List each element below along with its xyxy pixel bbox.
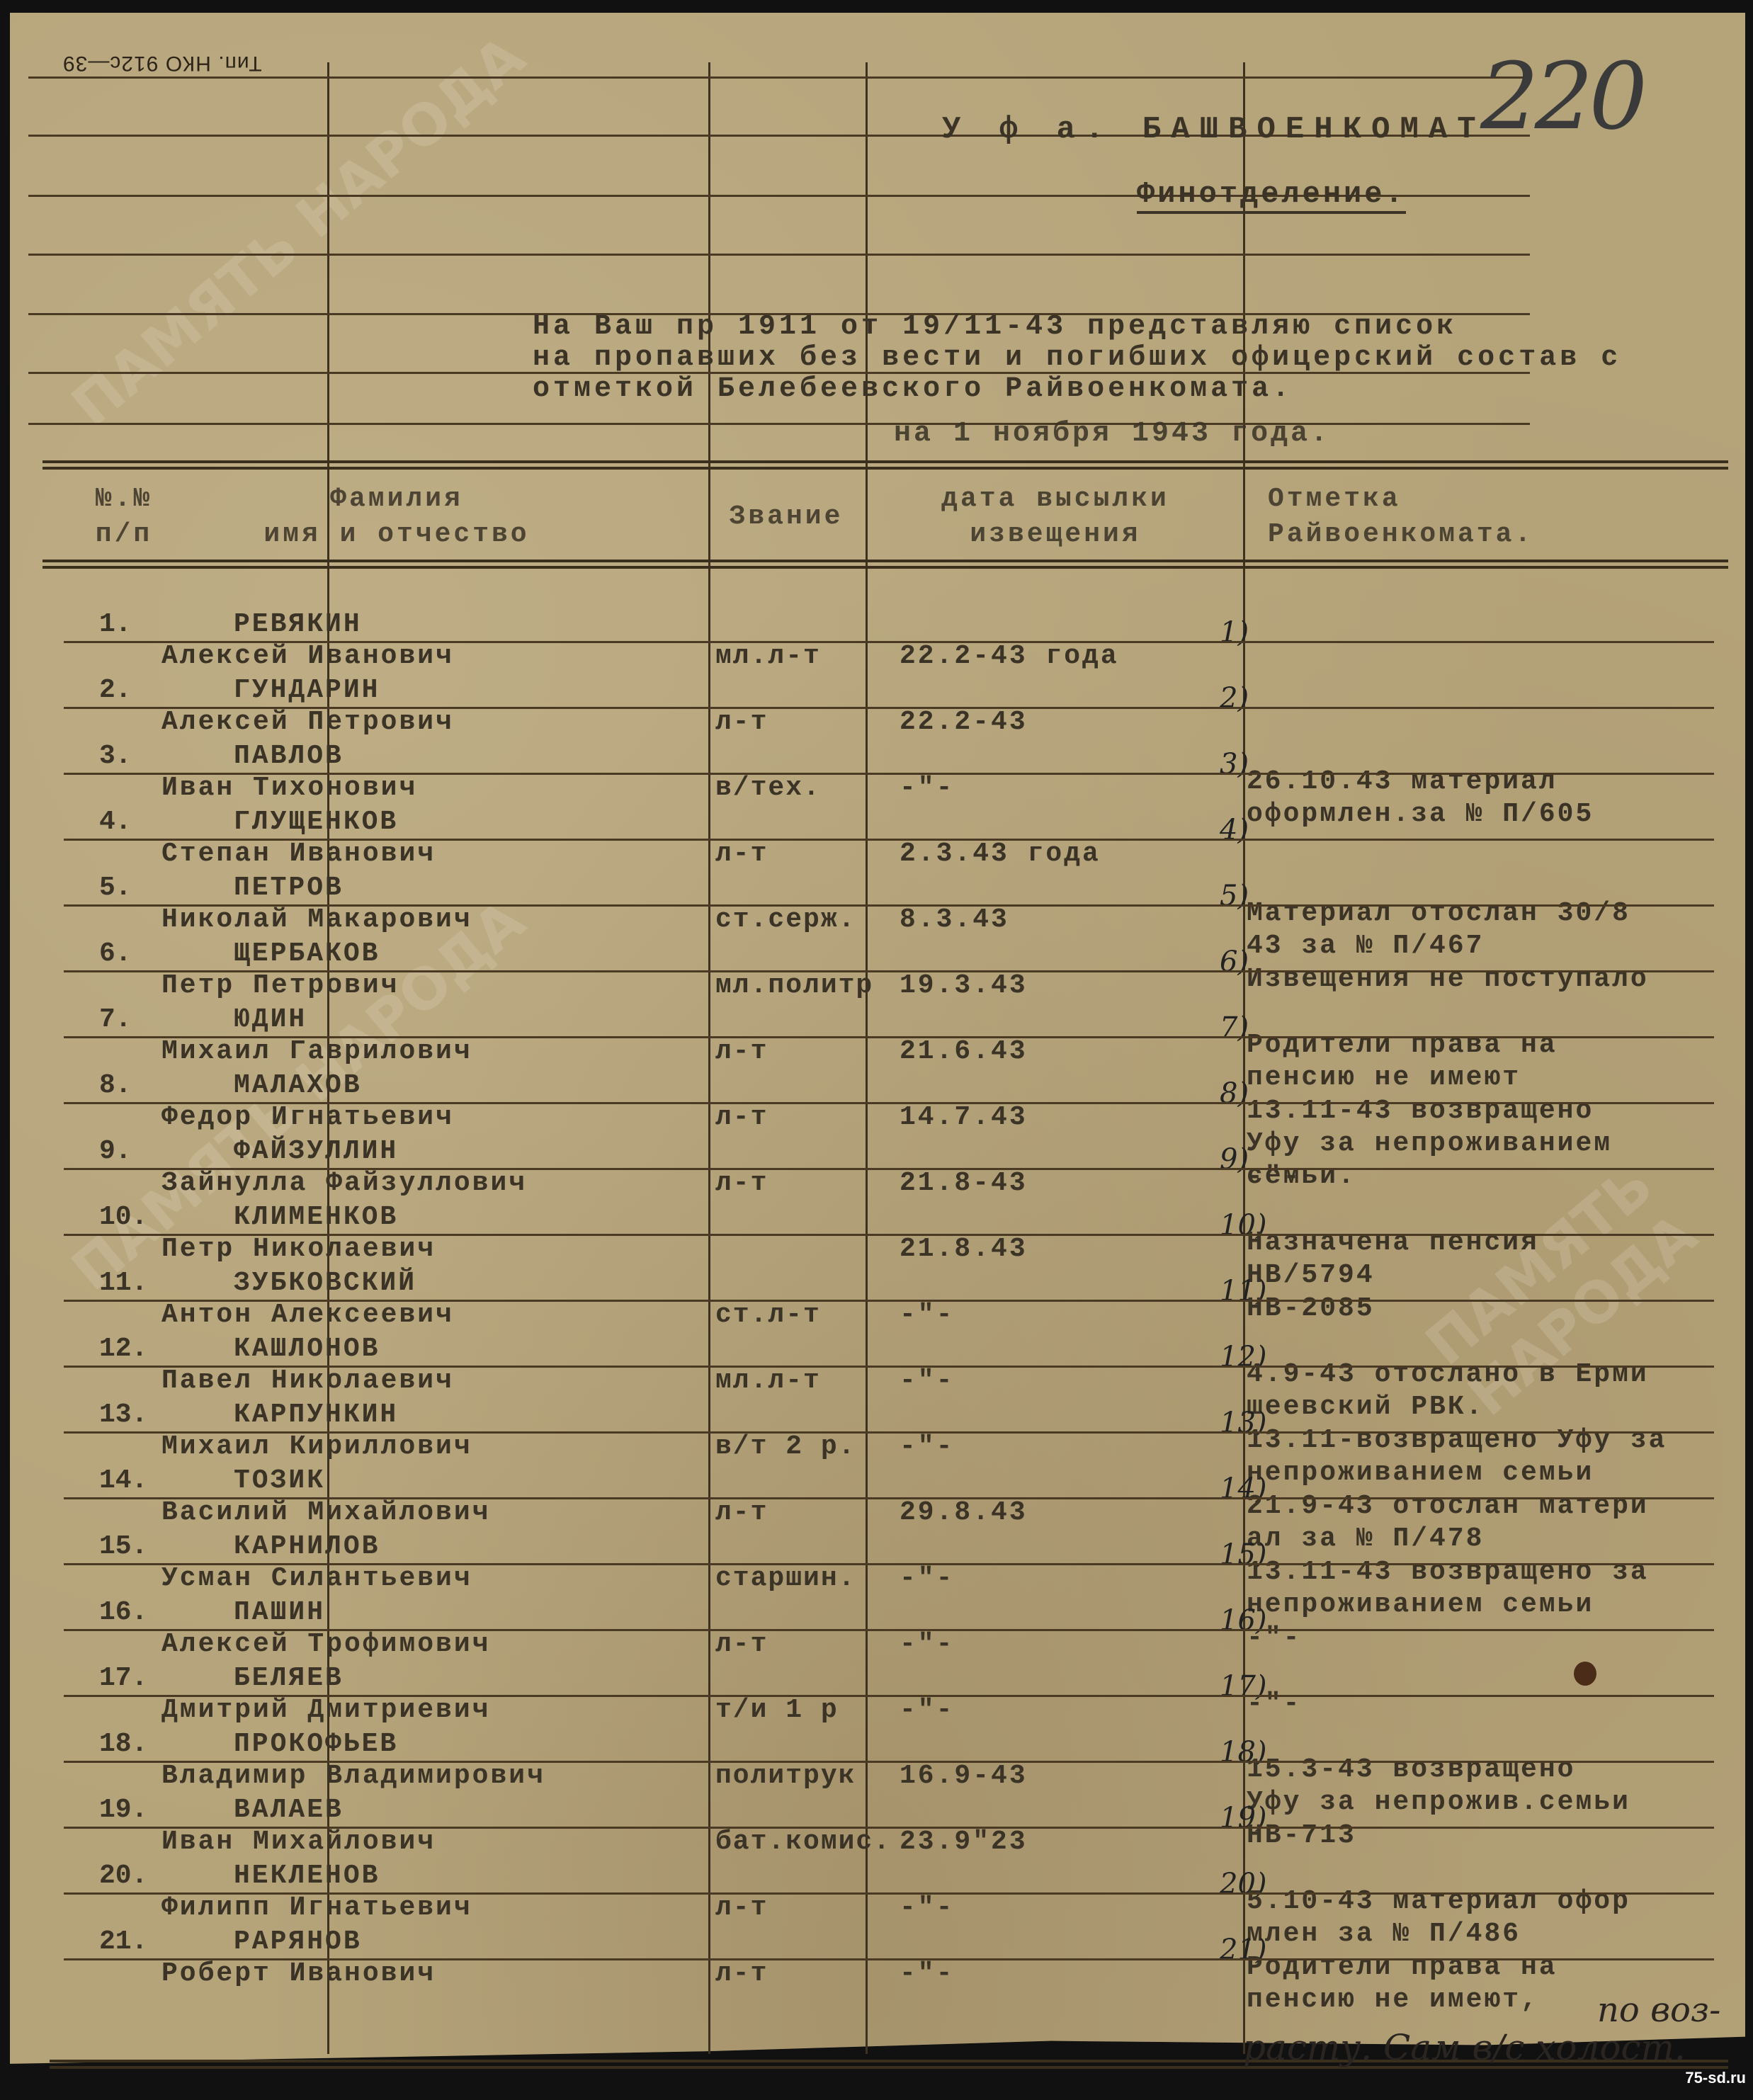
row-number: 7. [99,1004,132,1035]
row-check-mark: 5) [1220,880,1249,912]
row-given-name: Иван Михайлович [161,1827,436,1857]
row-given-name: Алексей Иванович [161,641,454,671]
row-rank: л-т [715,1892,768,1923]
row-number: 15. [99,1531,147,1562]
row-given-name: Петр Николаевич [161,1234,436,1264]
row-given-name: Дмитрий Дмитриевич [161,1695,490,1725]
row-note: Назначена пенсия НВ/5794 [1247,1227,1539,1292]
row-number: 6. [99,938,132,969]
row-rule [64,1102,1714,1104]
row-given-name: Михаил Гаврилович [161,1036,472,1067]
row-given-name: Алексей Петрович [161,707,454,737]
row-number: 4. [99,807,132,837]
row-number: 12. [99,1334,147,1364]
row-rule [64,970,1714,972]
row-number: 20. [99,1861,147,1891]
row-surname: КЛИМЕНКОВ [234,1202,398,1232]
row-rank: л-т [715,1497,768,1528]
row-number: 16. [99,1597,147,1628]
row-number: 8. [99,1070,132,1101]
row-rule [64,1497,1714,1499]
row-date: 23.9"23 [900,1827,1028,1857]
row-surname: ПАВЛОВ [234,741,344,771]
row-date: -"- [900,1300,954,1330]
row-given-name: Антон Алексеевич [161,1300,454,1330]
ink-spot [1574,1662,1596,1686]
row-given-name: Петр Петрович [161,970,399,1001]
row-rank: политрук [715,1761,856,1791]
row-surname: РЕВЯКИН [234,609,362,640]
row-date: -"- [900,773,954,803]
row-surname: МАЛАХОВ [234,1070,362,1101]
row-given-name: Зайнулла Файзуллович [161,1168,527,1198]
row-surname: ВАЛАЕВ [234,1795,344,1825]
row-given-name: Федор Игнатьевич [161,1102,454,1133]
row-date: 14.7.43 [900,1102,1028,1133]
row-rule [64,1761,1714,1763]
handwritten-annotation-line2: расту. Сам в/с холост. [1243,2027,1686,2068]
row-note: -"- [1247,1161,1301,1193]
row-surname: ЩЕРБАКОВ [234,938,380,969]
row-rank: л-т [715,707,768,737]
row-note: 13.11-возвращено Уфу за непроживанием се… [1247,1424,1667,1489]
ruled-line [28,254,1530,256]
row-check-mark: 1) [1220,616,1249,649]
row-date: 21.8.43 [900,1234,1028,1264]
row-given-name: Василий Михайлович [161,1497,490,1528]
row-note: 13.11-43 возвращено за непроживанием сем… [1247,1556,1649,1621]
row-note: 5.10-43 материал офор млен за № П/486 [1247,1885,1630,1951]
row-given-name: Филипп Игнатьевич [161,1892,472,1923]
header-date: дата высылки извещения [878,482,1232,552]
row-rule [64,839,1714,841]
row-rank: ст.серж. [715,904,856,935]
row-rank: л-т [715,1629,768,1659]
row-number: 9. [99,1136,132,1167]
row-rank: л-т [715,1958,768,1989]
row-date: 22.2-43 [900,707,1028,737]
table-header-rule [42,560,1728,569]
row-surname: ПРОКОФЬЕВ [234,1729,398,1759]
row-rank: старшин. [715,1563,856,1594]
handwritten-annotation-line1: по воз- [1597,1990,1720,2030]
row-date: 21.8-43 [900,1168,1028,1198]
row-rule [64,1958,1714,1960]
row-number: 2. [99,675,132,705]
row-number: 1. [99,609,132,640]
row-number: 11. [99,1268,147,1298]
row-given-name: Владимир Владимирович [161,1761,545,1791]
header-name: Фамилия имя и отчество [212,482,581,552]
row-given-name: Степан Иванович [161,839,436,869]
row-rank: мл.л-т [715,1366,821,1396]
row-date: 29.8.43 [900,1497,1028,1528]
row-check-mark: 2) [1220,682,1249,715]
row-surname: БЕЛЯЕВ [234,1663,344,1693]
row-number: 17. [99,1663,147,1693]
row-rule [64,1827,1714,1829]
row-note: Извещения не поступало [1247,963,1649,996]
row-note: 21.9-43 отослан матери ал за № П/478 [1247,1490,1649,1555]
row-check-mark: 4) [1220,814,1249,846]
row-rank: л-т [715,1102,768,1133]
document-title: У ф а. БАШВОЕНКОМАТ [942,112,1486,147]
row-note: Материал отослан 30/8 43 за № П/467 [1247,897,1630,963]
row-date: 21.6.43 [900,1036,1028,1067]
row-date: 2.3.43 года [900,839,1101,869]
row-rank: мл.л-т [715,641,821,671]
print-tag: Тип. НКО 912с—39 [62,51,262,75]
row-date: 16.9-43 [900,1761,1028,1791]
row-surname: КАРПУНКИН [234,1400,398,1430]
header-note: Отметка Райвоенкомата. [1268,482,1636,552]
row-rule [64,773,1714,775]
row-date: -"- [900,1695,954,1725]
row-check-mark: 3) [1220,748,1249,781]
row-surname: ПЕТРОВ [234,873,344,903]
row-surname: ТОЗИК [234,1465,325,1496]
row-note: НВ-713 [1247,1820,1356,1852]
row-number: 5. [99,873,132,903]
row-rule [64,1892,1714,1895]
row-surname: ГЛУЩЕНКОВ [234,807,398,837]
row-date: -"- [900,1629,954,1659]
row-rule [64,1168,1714,1170]
row-given-name: Роберт Иванович [161,1958,436,1989]
row-number: 14. [99,1465,147,1496]
row-rank: ст.л-т [715,1300,821,1330]
row-note: 15.3-43 возвращено Уфу за непрожив.семьи [1247,1754,1630,1819]
row-surname: КАШЛОНОВ [234,1334,380,1364]
row-given-name: Усман Силантьевич [161,1563,472,1594]
row-note: Родители права на пенсию не имеют [1247,1029,1558,1094]
row-given-name: Иван Тихонович [161,773,417,803]
row-rank: л-т [715,1168,768,1198]
row-rule [64,1300,1714,1302]
row-surname: ПАШИН [234,1597,325,1628]
row-rank: л-т [715,839,768,869]
row-number: 10. [99,1202,147,1232]
handwritten-page-number: 220 [1480,42,1643,150]
row-surname: КАРНИЛОВ [234,1531,380,1562]
row-surname: ГУНДАРИН [234,675,380,705]
row-rank: в/т 2 р. [715,1431,856,1462]
row-rank: в/тех. [715,773,821,803]
row-date: 19.3.43 [900,970,1028,1001]
row-surname: ЮДИН [234,1004,307,1035]
row-given-name: Алексей Трофимович [161,1629,490,1659]
row-date: -"- [900,1563,954,1594]
header-rank: Звание [715,499,857,535]
header-num: №.№ п/п [78,482,170,552]
row-rule [64,1366,1714,1368]
ruled-line [28,76,1530,79]
row-number: 19. [99,1795,147,1825]
row-check-mark: 6) [1220,946,1249,978]
row-rule [64,707,1714,709]
row-note: -"- [1247,1622,1301,1655]
as-of-line: на 1 ноября 1943 года. [894,418,1330,450]
row-date: -"- [900,1892,954,1923]
row-date: 8.3.43 [900,904,1009,935]
row-rule [64,1234,1714,1236]
document-subtitle: Финотделение. [1137,177,1406,214]
row-rank: мл.политр [715,970,873,1001]
row-note: -"- [1247,1688,1301,1720]
row-date: -"- [900,1958,954,1989]
row-note: НВ-2085 [1247,1293,1375,1325]
row-note: Родители права на пенсию не имеют, [1247,1951,1558,2016]
row-check-mark: 8) [1220,1077,1249,1110]
row-surname: НЕКЛЕНОВ [234,1861,380,1891]
row-given-name: Павел Николаевич [161,1366,454,1396]
row-date: -"- [900,1431,954,1462]
row-rule [64,1431,1714,1434]
row-rule [64,1629,1714,1631]
table-header-rule [42,460,1728,470]
row-rank: бат.комис. [715,1827,891,1857]
site-credit: 75-sd.ru [1685,2069,1746,2087]
row-number: 21. [99,1926,147,1957]
intro-paragraph: На Ваш пр 1911 от 19/11-43 представляю с… [533,312,1621,405]
row-number: 3. [99,741,132,771]
row-rule [64,641,1714,643]
row-rule [64,1563,1714,1565]
row-number: 18. [99,1729,147,1759]
row-check-mark: 7) [1220,1011,1249,1044]
row-rule [64,904,1714,907]
row-rule [64,1695,1714,1697]
row-surname: ЗУБКОВСКИЙ [234,1268,416,1298]
row-date: 22.2-43 года [900,641,1119,671]
row-date: -"- [900,1366,954,1396]
row-check-mark: 9) [1220,1143,1249,1176]
row-rule [64,1036,1714,1038]
row-given-name: Михаил Кириллович [161,1431,472,1462]
row-rank: л-т [715,1036,768,1067]
row-given-name: Николай Макарович [161,904,472,935]
row-number: 13. [99,1400,147,1430]
row-surname: РАРЯНОВ [234,1926,362,1957]
row-rank: т/и 1 р [715,1695,839,1725]
row-note: 26.10.43 материал оформлен.за № П/605 [1247,766,1594,831]
row-surname: ФАЙЗУЛЛИН [234,1136,398,1167]
row-note: 4.9-43 отослано в Ерми шеевский РВК. [1247,1358,1649,1424]
